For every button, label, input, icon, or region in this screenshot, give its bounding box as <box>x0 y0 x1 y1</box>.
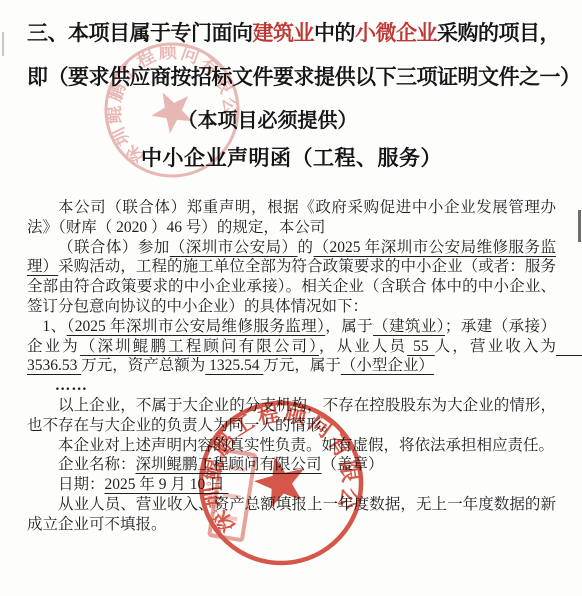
heading-line1-post: 采购的项目， <box>437 22 560 45</box>
seal-here-label: （盖章） <box>322 456 384 473</box>
para3-text6: 万元，资产总额为 <box>81 357 205 374</box>
paragraph-not-large-enterprise: 以上企业，不属于大企业的分支机构，不存在控股股东为大企业的情形，也不存在与大企业… <box>27 396 556 436</box>
purchaser-name-underlined: （深圳市公安局） <box>170 239 298 256</box>
paragraph-procurement: （联合体）参加（深圳市公安局）的（2025 年深圳市公安局维修服务监理）采购活动… <box>27 238 556 317</box>
para2-text1: （联合体）参加 <box>58 239 170 256</box>
company-name-value: 深圳鲲鹏工程顾问有限公司 <box>136 456 322 473</box>
heading-line1-pre: 三、本项目属于专门面向 <box>27 22 253 45</box>
heading-must-provide: （本项目必须提供） <box>3 108 532 134</box>
date-value: 2025 年 9 月 10 日 <box>105 476 229 493</box>
heading-line1-red-small-enterprise: 小微企业 <box>355 22 437 45</box>
item-number: 1、 <box>43 318 67 335</box>
scanned-document-page: 三、本项目属于专门面向建筑业中的小微企业采购的项目， 即（要求供应商按招标文件要… <box>0 0 582 596</box>
document-content: 三、本项目属于专门面向建筑业中的小微企业采购的项目， 即（要求供应商按招标文件要… <box>27 12 556 535</box>
para3-text4: ，从业人员 <box>319 338 407 355</box>
para2-text3: 采购活动，工程的施工单位全部为符合政策要求的中小企业（或者：服务全部由符合政策要… <box>27 258 556 315</box>
ellipsis-line: …… <box>27 376 556 396</box>
company-name-line: 企业名称：深圳鲲鹏工程顾问有限公司（盖章） <box>27 455 556 475</box>
para2-text2: 的 <box>298 239 314 256</box>
assets-underlined: 1325.54 <box>205 357 263 374</box>
date-line: 日期：2025 年 9 月 10 日 <box>27 475 556 495</box>
paragraph-note: 从业人员、营业收入、资产总额填报上一年度数据，无上一年度数据的新成立企业可不填报… <box>27 495 556 535</box>
paragraph-declaration: 本公司（联合体）郑重声明，根据《政府采购促进中小企业发展管理办法》（财库（ 20… <box>27 198 556 238</box>
document-body: 本公司（联合体）郑重声明，根据《政府采购促进中小企业发展管理办法》（财库（ 20… <box>27 198 556 535</box>
employee-count-underlined: 55 <box>407 338 435 355</box>
para3-text2: ，属于 <box>325 318 373 335</box>
para3-text7: 万元，属于 <box>263 357 341 374</box>
scan-artifact-right-edge <box>578 210 581 242</box>
company-name-label: 企业名称： <box>58 456 136 473</box>
contractor-name-underlined: （深圳鲲鹏工程顾问有限公司） <box>80 338 319 355</box>
paragraph-enterprise-detail: 1、（2025 年深圳市公安局维修服务监理），属于（建筑业）；承建（承接）企业为… <box>27 317 556 376</box>
industry-underlined: （建筑业） <box>373 318 445 335</box>
scan-artifact-left-edge <box>2 32 4 56</box>
document-title: 中小企业声明函（工程、服务） <box>27 144 556 174</box>
heading-line1-mid: 中的 <box>314 22 355 45</box>
heading-line-1: 三、本项目属于专门面向建筑业中的小微企业采购的项目， <box>27 12 556 56</box>
heading-line1-red-industry: 建筑业 <box>253 22 315 45</box>
heading-line-2: 即（要求供应商按招标文件要求提供以下三项证明文件之一） <box>27 56 556 100</box>
para3-text5: 人，营业收入为 <box>435 338 556 355</box>
paragraph-responsibility: 本企业对上述声明内容的真实性负责。如有虚假，将依法承担相应责任。 <box>27 436 556 456</box>
project-name-2-underlined: （2025 年深圳市公安局维修服务监理） <box>67 318 326 335</box>
enterprise-type-underlined: （小型企业） <box>341 357 434 374</box>
date-label: 日期： <box>58 476 105 493</box>
